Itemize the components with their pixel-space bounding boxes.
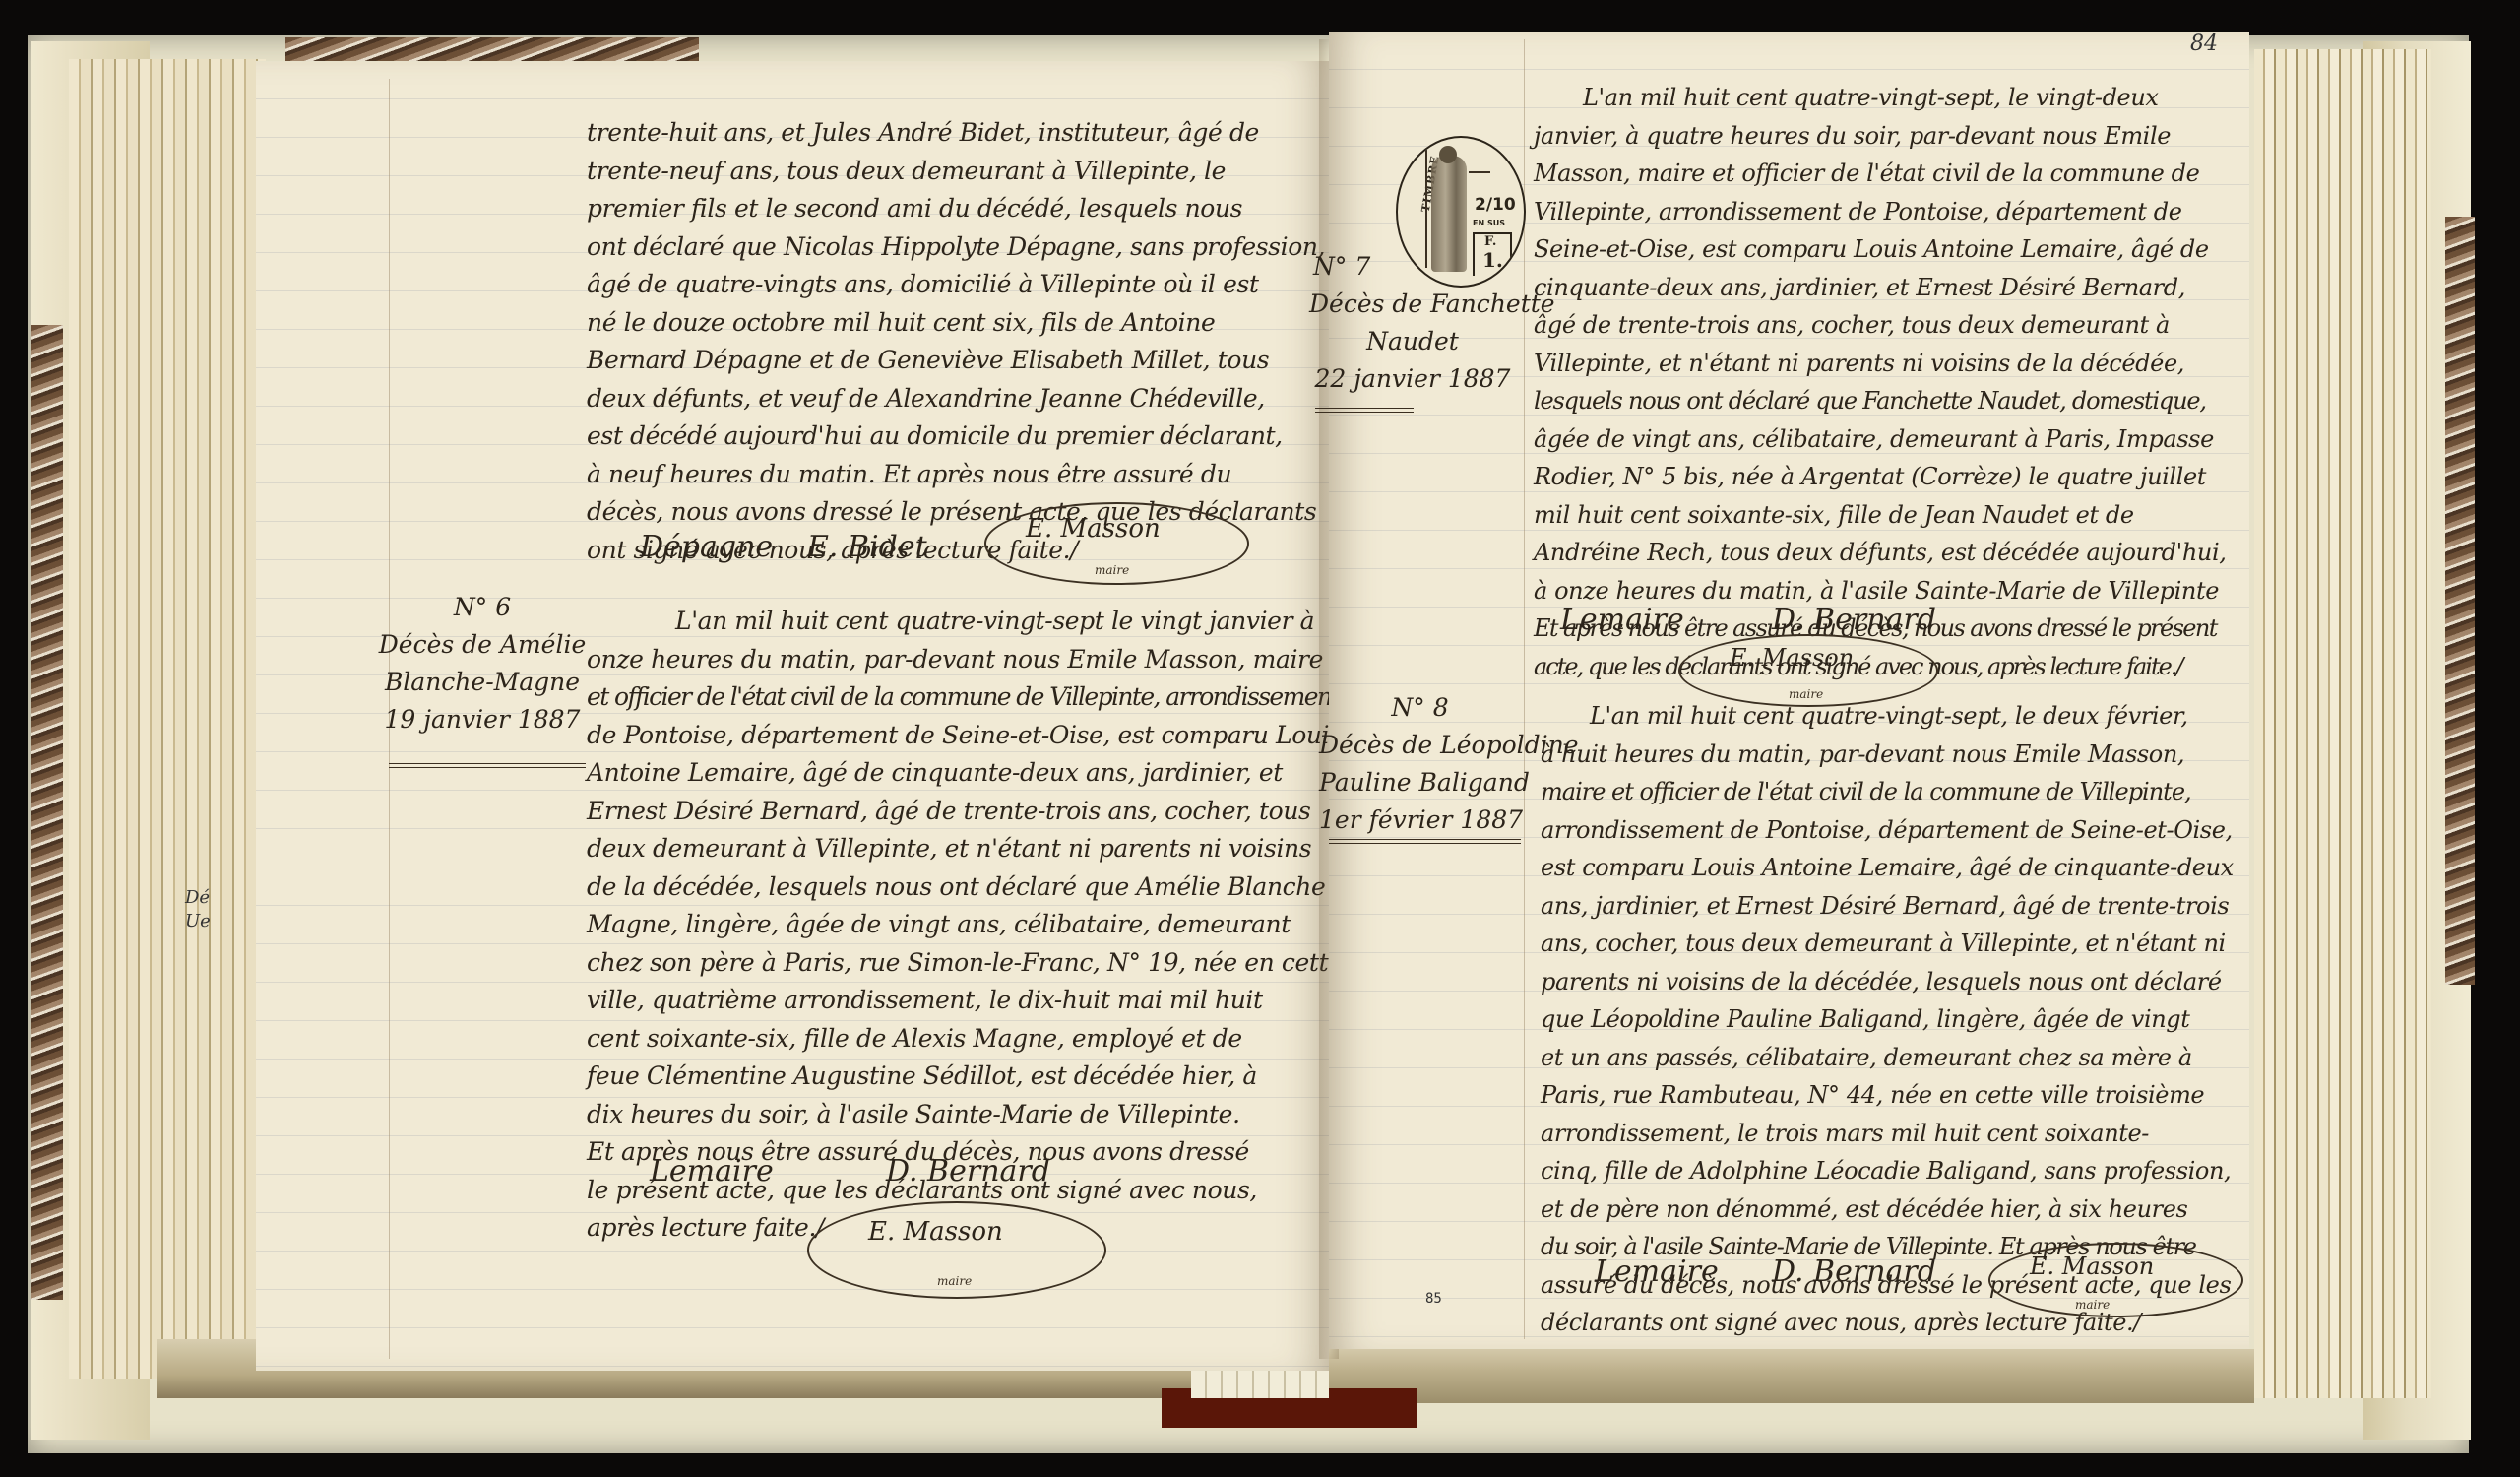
signature-depagne: Dépagne bbox=[640, 530, 773, 564]
mayor-seal: E. Masson maire bbox=[807, 1201, 1106, 1299]
signature-bernard: D. Bernard bbox=[1772, 603, 1936, 637]
signature-bernard: D. Bernard bbox=[886, 1154, 1050, 1188]
scales-icon bbox=[1469, 161, 1490, 173]
signature-lemaire: Lemaire bbox=[650, 1154, 774, 1188]
marbled-edge-left bbox=[31, 325, 63, 1300]
edge-fragment: Dé Ue bbox=[185, 886, 211, 933]
marbled-edge-top bbox=[285, 37, 699, 61]
act-8-margin-rule bbox=[1329, 839, 1521, 844]
continuation-text: trente-huit ans, et Jules André Bidet, i… bbox=[587, 114, 1325, 569]
act-8-margin: N° 8 Décès de Léopoldine Pauline Baligan… bbox=[1319, 689, 1521, 839]
act-7-margin: N° 7 Décès de Fanchette Naudet 22 janvie… bbox=[1309, 248, 1516, 398]
mayor-seal: E. Masson maire bbox=[1678, 634, 1938, 707]
marbled-edge-right bbox=[2445, 217, 2475, 985]
page-stack-bottom-right bbox=[1329, 1349, 2254, 1403]
act-6-margin: N° 6 Décès de Amélie Blanche-Magne 19 ja… bbox=[374, 589, 591, 738]
page-stack-left bbox=[69, 59, 266, 1379]
act-7-text: L'an mil huit cent quatre-vingt-sept, le… bbox=[1534, 79, 2226, 685]
margin-rule-right bbox=[1524, 39, 1525, 1339]
page-stack-right bbox=[2254, 49, 2431, 1398]
signature-bernard: D. Bernard bbox=[1772, 1254, 1936, 1289]
mayor-seal: E. Masson maire bbox=[1988, 1243, 2243, 1317]
mayor-seal: E. Masson maire bbox=[984, 502, 1249, 585]
act-6-text: L'an mil huit cent quatre-vingt-sept le … bbox=[587, 603, 1343, 1248]
act-7-margin-rule bbox=[1315, 408, 1414, 413]
page-number: 85 bbox=[1425, 1291, 1442, 1307]
folio-number: 84 bbox=[2190, 32, 2218, 56]
signature-bidet: E. Bidet bbox=[807, 530, 927, 564]
act-6-margin-rule bbox=[389, 763, 586, 768]
signature-lemaire: Lemaire bbox=[1595, 1254, 1719, 1289]
signature-lemaire: Lemaire bbox=[1560, 603, 1684, 637]
